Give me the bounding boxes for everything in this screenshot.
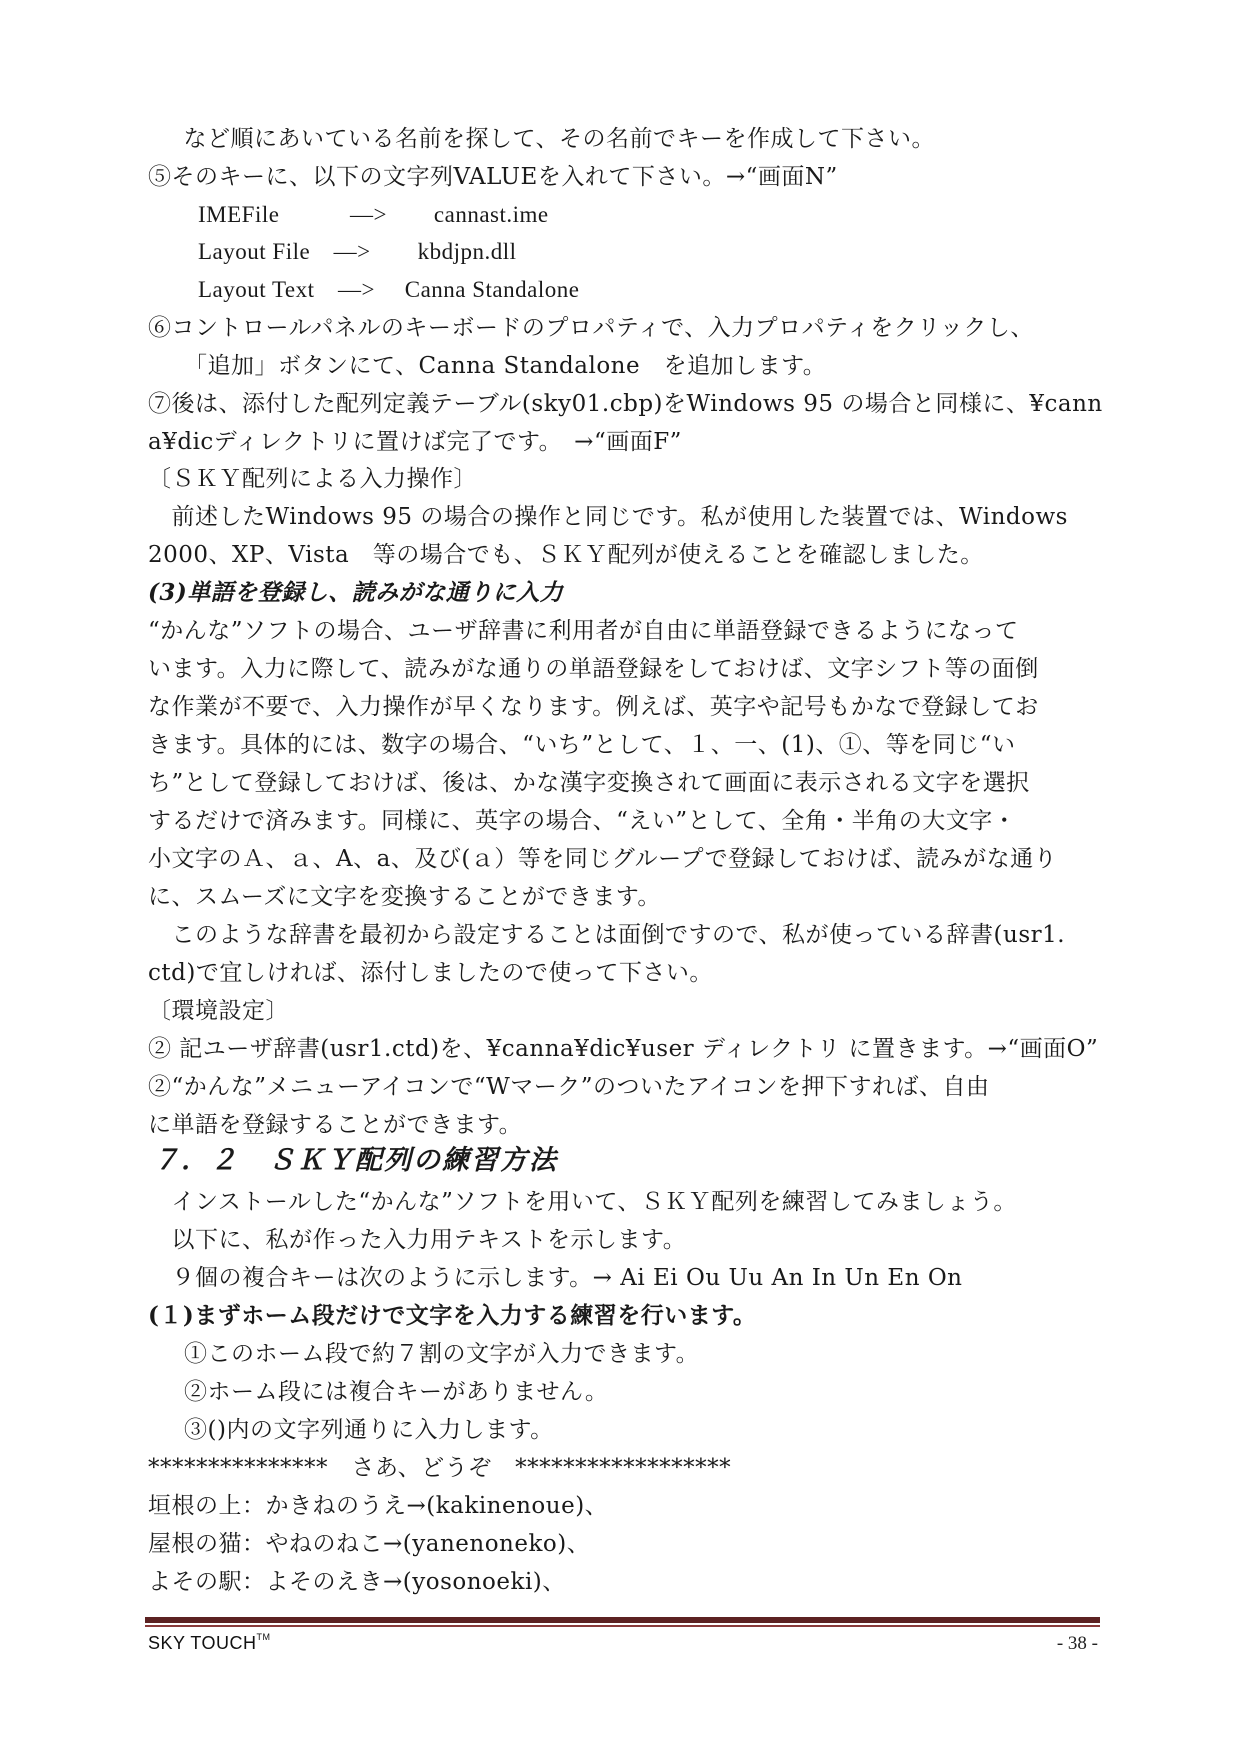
- text-line: な作業が不要で、入力操作が早くなります。例えば、英字や記号もかなで登録してお: [148, 692, 1039, 722]
- text-line: 「追加」ボタンにて、Canna Standalone を追加します。: [184, 351, 826, 381]
- practice-text-line: 屋根の猫：やねのねこ→(yanenoneko)、: [148, 1529, 590, 1559]
- text-line: ②“かんな”メニューアイコンで“Wマーク”のついたアイコンを押下すれば、自由: [148, 1072, 990, 1102]
- registry-value-line: Layout Text —> Canna Standalone: [198, 275, 579, 305]
- exercise-heading: (１)まずホーム段だけで文字を入力する練習を行います。: [148, 1301, 756, 1331]
- footer-rule: [145, 1617, 1100, 1623]
- footer-title: SKY TOUCHTM: [148, 1633, 271, 1654]
- text-line: に、スムーズに文字を変換することができます。: [148, 882, 661, 912]
- text-line: ⑥コントロールパネルのキーボードのプロパティで、入力プロパティをクリックし、: [148, 313, 1034, 343]
- text-line: 以下に、私が作った入力用テキストを示します。: [148, 1225, 686, 1255]
- text-line: このような辞書を最初から設定することは面倒ですので、私が使っている辞書(usr1…: [148, 920, 1065, 950]
- text-line: 2000、XP、Vista 等の場合でも、ＳＫＹ配列が使えることを確認しました。: [148, 540, 984, 570]
- text-line: 前述したWindows 95 の場合の操作と同じです。私が使用した装置では、Wi…: [148, 502, 1068, 532]
- list-item: ①このホーム段で約７割の文字が入力できます。: [184, 1339, 699, 1369]
- compound-keys-line: ９個の複合キーは次のように示します。→ Ai Ei Ou Uu An In Un…: [148, 1263, 963, 1293]
- footer-rule-thin: [145, 1625, 1100, 1627]
- text-line: インストールした“かんな”ソフトを用いて、ＳＫＹ配列を練習してみましょう。: [148, 1187, 1017, 1217]
- trademark-mark: TM: [257, 1632, 271, 1642]
- subsection-label: 〔ＳＫＹ配列による入力操作〕: [148, 464, 477, 494]
- practice-text-line: よその駅：よそのえき→(yosonoeki)、: [148, 1567, 566, 1597]
- text-line: ⑦後は、添付した配列定義テーブル(sky01.cbp)をWindows 95 の…: [148, 389, 1103, 419]
- text-line: a¥dicディレクトリに置けば完了です。 →“画面F”: [148, 427, 682, 457]
- text-line: に単語を登録することができます。: [148, 1110, 522, 1140]
- text-line: ち”として登録しておけば、後は、かな漢字変換されて画面に表示される文字を選択: [148, 768, 1030, 798]
- subsection-label: 〔環境設定〕: [148, 996, 289, 1026]
- list-item: ③()内の文字列通りに入力します。: [184, 1415, 554, 1445]
- registry-value-line: Layout File —> kbdjpn.dll: [198, 237, 517, 267]
- page-number: - 38 -: [1057, 1633, 1098, 1655]
- text-line: きます。具体的には、数字の場合、“いち”として、１、一、(1)、①、等を同じ“い: [148, 730, 1016, 760]
- subsection-heading: (3)単語を登録し、読みがな通りに入力: [148, 578, 563, 608]
- registry-value-line: IMEFile —> cannast.ime: [198, 200, 549, 230]
- text-line: 小文字のＡ、ａ、A、a、及び(ａ）等を同じグループで登録しておけば、読みがな通り: [148, 844, 1057, 874]
- practice-text-line: 垣根の上：かきねのうえ→(kakinenoue)、: [148, 1491, 608, 1521]
- text-line: います。入力に際して、読みがな通りの単語登録をしておけば、文字シフト等の面倒: [148, 654, 1039, 684]
- text-line: するだけで済みます。同様に、英字の場合、“えい”として、全角・半角の大文字・: [148, 806, 1016, 836]
- section-heading: ７．２ ＳＫＹ配列の練習方法: [152, 1145, 558, 1175]
- text-line: など順にあいている名前を探して、その名前でキーを作成して下さい。: [160, 124, 935, 154]
- text-line: ⑤そのキーに、以下の文字列VALUEを入れて下さい。→“画面N”: [148, 162, 838, 192]
- footer-title-text: SKY TOUCH: [148, 1633, 257, 1653]
- list-item: ②ホーム段には複合キーがありません。: [184, 1377, 608, 1407]
- text-line: ctd)で宜しければ、添付しましたので使って下さい。: [148, 958, 713, 988]
- text-line: “かんな”ソフトの場合、ユーザ辞書に利用者が自由に単語登録できるようになって: [148, 616, 1019, 646]
- separator-line: *************** さあ、どうぞ *****************…: [148, 1453, 731, 1483]
- text-line: ② 記ユーザ辞書(usr1.ctd)を、¥canna¥dic¥user ディレク…: [148, 1034, 1098, 1064]
